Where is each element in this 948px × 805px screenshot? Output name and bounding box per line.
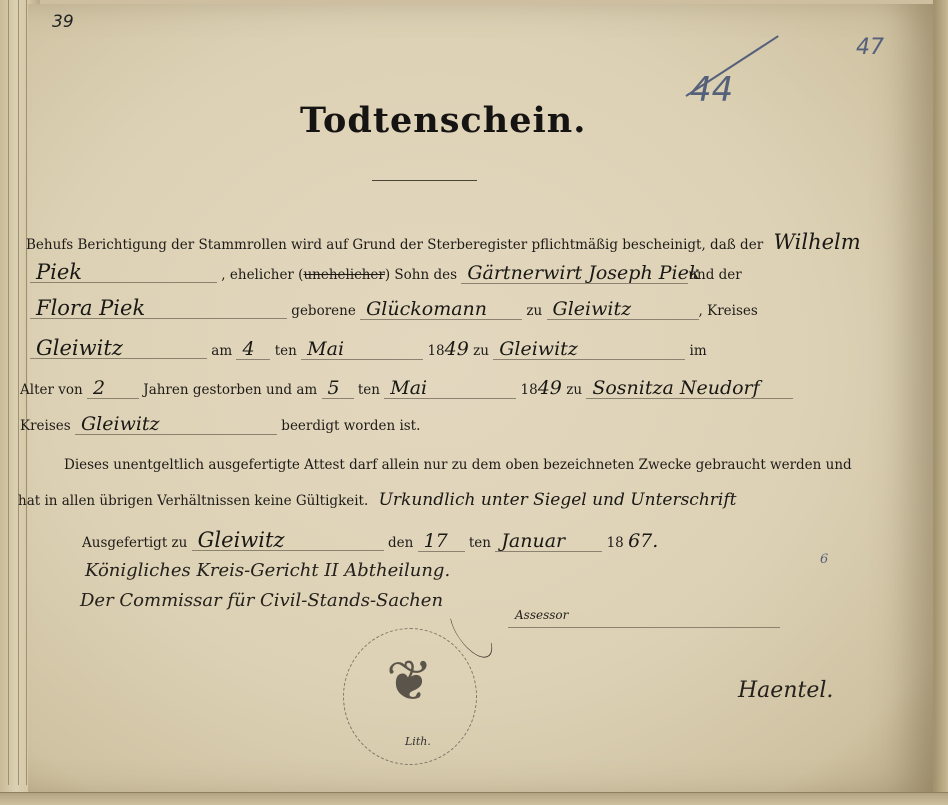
body-line-9: Ausgefertigt zu Gleiwitz den 17 ten Janu… xyxy=(82,530,658,552)
handwritten-birth-month: Mai xyxy=(301,339,423,360)
printed-text: 18 xyxy=(521,382,538,398)
body-line-8: hat in allen übrigen Verhältnissen keine… xyxy=(18,490,742,510)
printed-text: Behufs Berichtigung der Stammrollen wird… xyxy=(26,237,763,253)
printed-text: ) Sohn des xyxy=(385,267,457,283)
handwritten-issue-day: 17 xyxy=(418,531,465,552)
printed-text: 18 xyxy=(607,535,624,551)
body-line-5: Alter von 2 Jahren gestorben und am 5 te… xyxy=(20,378,793,399)
printed-text: geborene xyxy=(291,303,356,319)
printed-text: ten xyxy=(469,535,491,551)
handwritten-birth-day: 4 xyxy=(236,339,270,360)
page-stack-right-edge xyxy=(933,0,948,805)
handwritten-attestation: Urkundlich unter Siegel und Unterschrift xyxy=(373,490,743,510)
handwritten-court-name: Königliches Kreis-Gericht II Abtheilung. xyxy=(85,560,450,581)
printed-text: Kreises xyxy=(20,418,71,434)
handwritten-maiden-name: Glückomann xyxy=(360,299,522,320)
handwritten-first-name: Wilhelm xyxy=(767,232,866,252)
printed-text: Alter von xyxy=(20,382,83,398)
printed-text: ten xyxy=(275,343,297,359)
folio-number-left: 39 xyxy=(52,12,74,32)
official-signature: Haentel. xyxy=(738,678,833,703)
body-line-2: Piek , ehelicher (unehelicher) Sohn des … xyxy=(30,262,742,284)
paper-fold-line xyxy=(8,0,9,785)
handwritten-issue-place: Gleiwitz xyxy=(192,530,384,551)
printed-text: Jahren gestorben und am xyxy=(143,382,317,398)
printed-text: am xyxy=(211,343,232,359)
printed-text: beerdigt worden ist. xyxy=(281,418,420,434)
printed-text: und der xyxy=(688,267,741,283)
body-line-7: Dieses unentgeltlich ausgefertigte Attes… xyxy=(64,457,852,473)
printed-text: zu xyxy=(526,303,542,319)
body-line-1: Behufs Berichtigung der Stammrollen wird… xyxy=(26,232,867,253)
body-line-6: Kreises Gleiwitz beerdigt worden ist. xyxy=(20,414,420,435)
printed-text: Ausgefertigt zu xyxy=(82,535,187,551)
printed-text: zu xyxy=(473,343,489,359)
handwritten-burial-month: Mai xyxy=(384,378,516,399)
printed-text: hat in allen übrigen Verhältnissen keine… xyxy=(18,493,368,509)
pencil-margin-mark: 6 xyxy=(820,552,828,567)
handwritten-issue-month: Januar xyxy=(495,531,602,552)
handwritten-burial-year: 49 xyxy=(538,378,562,398)
handwritten-birth-place: Gleiwitz xyxy=(493,339,685,360)
prussian-eagle-icon: ❦ xyxy=(372,647,447,717)
handwritten-district: Gleiwitz xyxy=(30,338,207,359)
document-title: Todtenschein. xyxy=(300,100,586,141)
page-stack-bottom-edge xyxy=(0,792,948,805)
printed-text: zu xyxy=(566,382,582,398)
handwritten-role: Assessor xyxy=(515,608,568,622)
handwritten-burial-day: 5 xyxy=(322,378,354,399)
seal-caption: Lith. xyxy=(405,735,431,748)
title-divider xyxy=(372,180,477,181)
printed-text: , ehelicher ( xyxy=(221,267,303,283)
handwritten-burial-district: Gleiwitz xyxy=(75,414,277,435)
body-line-3: Flora Piek geborene Glückomann zu Gleiwi… xyxy=(30,298,758,320)
handwritten-birth-year: 49 xyxy=(445,339,469,359)
printed-text: 18 xyxy=(427,343,444,359)
folio-number-right: 47 xyxy=(856,35,884,60)
printed-text: ten xyxy=(358,382,380,398)
handwritten-surname: Piek xyxy=(30,262,217,283)
handwritten-issue-year: 67. xyxy=(628,531,658,551)
printed-text: den xyxy=(388,535,413,551)
handwritten-burial-place: Sosnitza Neudorf xyxy=(586,378,793,399)
printed-text: , Kreises xyxy=(699,303,758,319)
struck-printed-text: unehelicher xyxy=(303,267,384,283)
signature-line xyxy=(508,627,780,628)
body-line-4: Gleiwitz am 4 ten Mai 1849 zu Gleiwitz i… xyxy=(30,338,707,360)
handwritten-age: 2 xyxy=(87,378,139,399)
handwritten-mother-name: Flora Piek xyxy=(30,298,287,319)
handwritten-commissioner-title: Der Commissar für Civil-Stands-Sachen xyxy=(80,590,443,611)
paper-fold-line xyxy=(18,0,19,785)
printed-text: im xyxy=(690,343,707,359)
handwritten-father-name: Gärtnerwirt Joseph Piek xyxy=(461,263,688,284)
handwritten-place: Gleiwitz xyxy=(547,299,699,320)
